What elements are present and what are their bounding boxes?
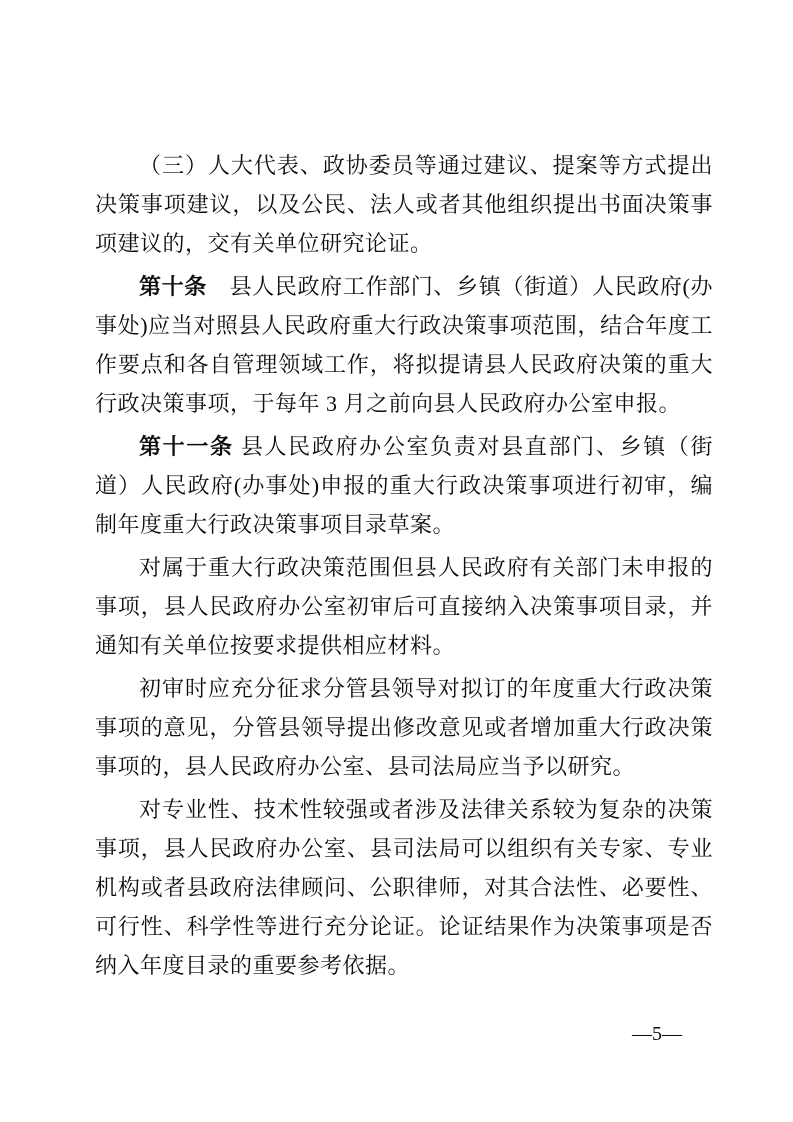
page-number: —5— (632, 1022, 682, 1046)
article-number: 第十条 (139, 274, 207, 299)
paragraph-text: 对专业性、技术性较强或者涉及法律关系较为复杂的决策事项，县人民政府办公室、县司法… (95, 797, 713, 978)
article-number: 第十一条 (139, 434, 234, 459)
document-body: （三）人大代表、政协委员等通过建议、提案等方式提出决策事项建议，以及公民、法人或… (95, 146, 713, 985)
paragraph-text: （三）人大代表、政协委员等通过建议、提案等方式提出决策事项建议，以及公民、法人或… (95, 153, 713, 256)
paragraph: 第十条 县人民政府工作部门、乡镇（街道）人民政府(办事处)应当对照县人民政府重大… (95, 267, 713, 423)
paragraph: 对属于重大行政决策范围但县人民政府有关部门未申报的事项，县人民政府办公室初审后可… (95, 548, 713, 665)
paragraph: 对专业性、技术性较强或者涉及法律关系较为复杂的决策事项，县人民政府办公室、县司法… (95, 790, 713, 985)
paragraph: 第十一条 县人民政府办公室负责对县直部门、乡镇（街道）人民政府(办事处)申报的重… (95, 427, 713, 544)
paragraph-text: 对属于重大行政决策范围但县人民政府有关部门未申报的事项，县人民政府办公室初审后可… (95, 555, 713, 658)
paragraph-text: 初审时应充分征求分管县领导对拟订的年度重大行政决策事项的意见，分管县领导提出修改… (95, 676, 713, 779)
paragraph: （三）人大代表、政协委员等通过建议、提案等方式提出决策事项建议，以及公民、法人或… (95, 146, 713, 263)
document-page: （三）人大代表、政协委员等通过建议、提案等方式提出决策事项建议，以及公民、法人或… (0, 0, 793, 1122)
paragraph: 初审时应充分征求分管县领导对拟订的年度重大行政决策事项的意见，分管县领导提出修改… (95, 669, 713, 786)
